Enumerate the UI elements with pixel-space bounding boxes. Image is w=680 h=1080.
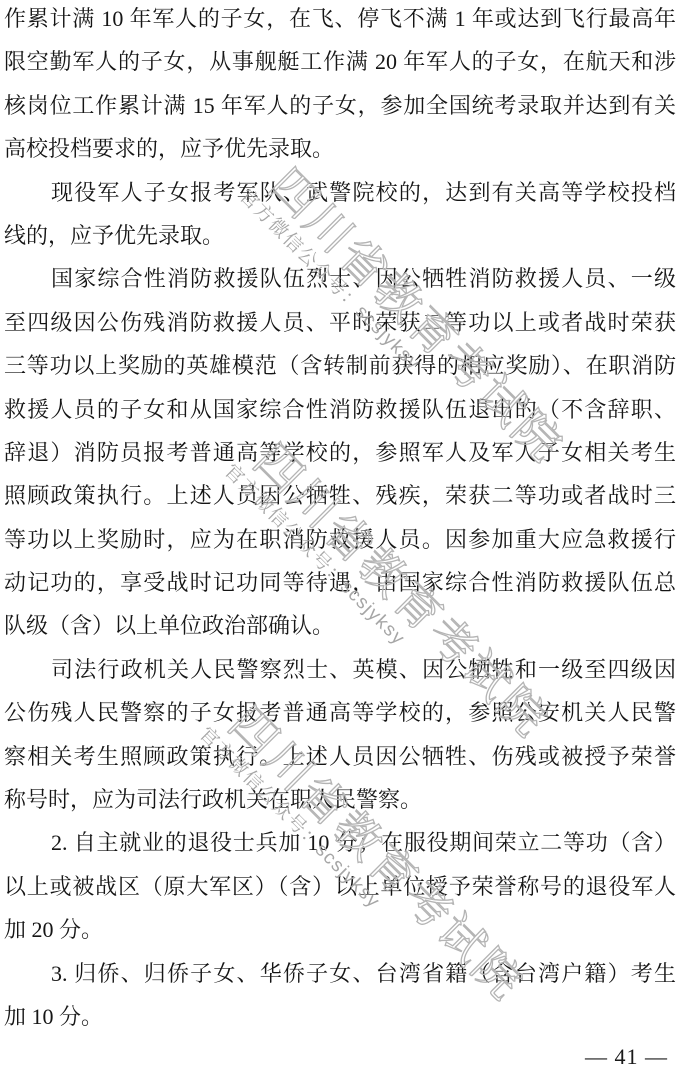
text-line: 以上或被战区（原大军区）（含）以上单位授予荣誉称号的退役军人: [4, 865, 676, 908]
text-line: 2. 自主就业的退役士兵加 10 分；在服役期间荣立二等功（含）: [4, 821, 676, 864]
text-line: 司法行政机关人民警察烈士、英模、因公牺牲和一级至四级因: [4, 648, 676, 691]
text-line: 察相关考生照顾政策执行。上述人员因公牺牲、伤残或被授予荣誉: [4, 735, 676, 778]
text-line: 至四级因公伤残消防救援人员、平时荣获二等功以上或者战时荣获: [4, 301, 676, 344]
text-line: 核岗位工作累计满 15 年军人的子女，参加全国统考录取并达到有关: [4, 84, 676, 127]
text-line: 高校投档要求的，应予优先录取。: [4, 127, 676, 170]
text-line: 作累计满 10 年军人的子女，在飞、停飞不满 1 年或达到飞行最高年: [4, 0, 676, 40]
text-layer: 作累计满 10 年军人的子女，在飞、停飞不满 1 年或达到飞行最高年限空勤军人的…: [4, 0, 676, 1038]
text-line: 3. 归侨、归侨子女、华侨子女、台湾省籍（含台湾户籍）考生: [4, 952, 676, 995]
text-line: 现役军人子女报考军队、武警院校的，达到有关高等学校投档: [4, 171, 676, 214]
text-line: 队级（含）以上单位政治部确认。: [4, 604, 676, 647]
text-line: 三等功以上奖励的英雄模范（含转制前获得的相应奖励）、在职消防: [4, 344, 676, 387]
text-line: 救援人员的子女和从国家综合性消防救援队伍退出的（不含辞职、: [4, 388, 676, 431]
text-line: 公伤残人民警察的子女报考普通高等学校的，参照公安机关人民警: [4, 691, 676, 734]
text-line: 称号时，应为司法行政机关在职人民警察。: [4, 778, 676, 821]
text-line: 加 10 分。: [4, 995, 676, 1038]
text-line: 限空勤军人的子女，从事舰艇工作满 20 年军人的子女，在航天和涉: [4, 40, 676, 83]
text-line: 照顾政策执行。上述人员因公牺牲、残疾，荣获二等功或者战时三: [4, 474, 676, 517]
text-line: 辞退）消防员报考普通高等学校的，参照军人及军人子女相关考生: [4, 431, 676, 474]
text-line: 国家综合性消防救援队伍烈士、因公牺牲消防救援人员、一级: [4, 257, 676, 300]
text-line: 等功以上奖励时，应为在职消防救援人员。因参加重大应急救援行: [4, 518, 676, 561]
page-number: — 41 —: [585, 1044, 668, 1070]
text-line: 加 20 分。: [4, 908, 676, 951]
document-page: 作累计满 10 年军人的子女，在飞、停飞不满 1 年或达到飞行最高年限空勤军人的…: [0, 0, 680, 1080]
text-line: 线的，应予优先录取。: [4, 214, 676, 257]
text-line: 动记功的，享受战时记功同等待遇，由国家综合性消防救援队伍总: [4, 561, 676, 604]
